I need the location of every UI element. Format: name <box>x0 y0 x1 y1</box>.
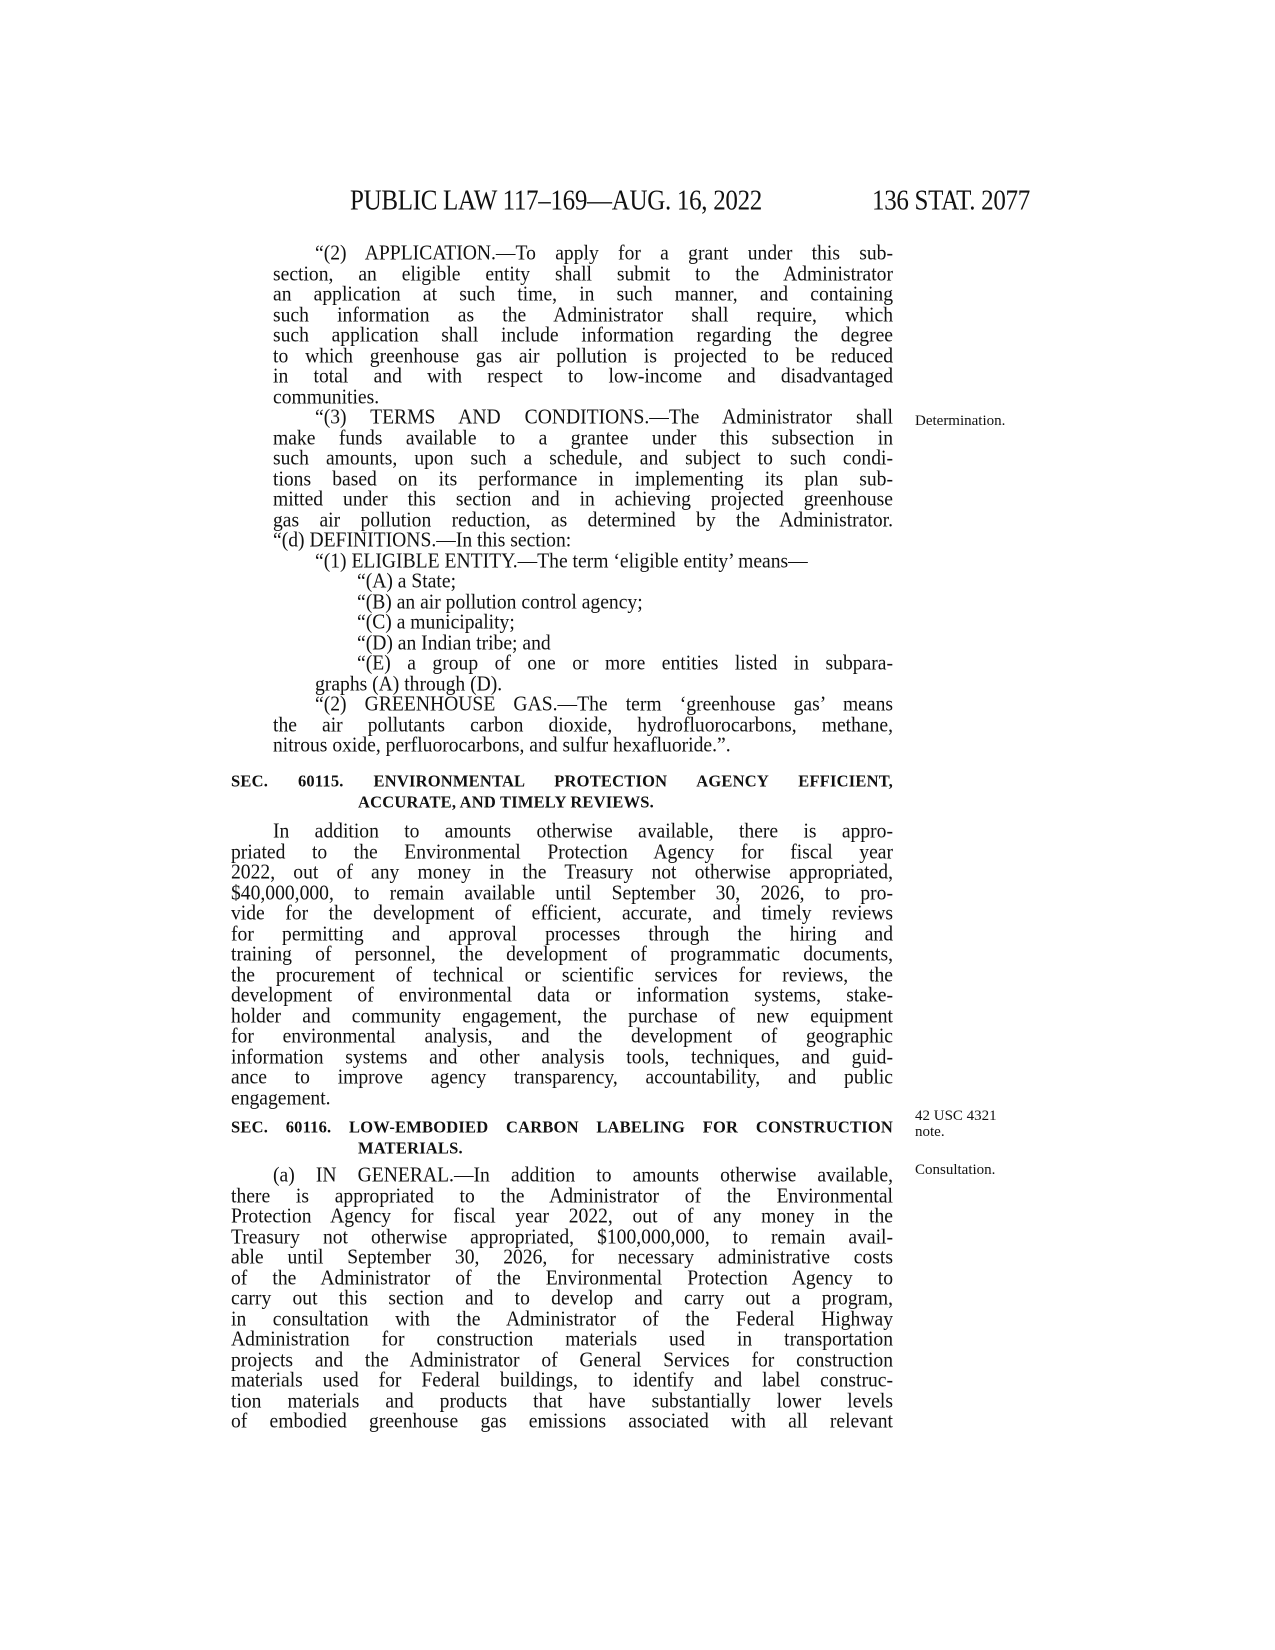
section-heading-60116: SEC. 60116. LOW-EMBODIED CARBON LABELING… <box>231 1115 893 1137</box>
text-line: there is appropriated to the Administrat… <box>231 1185 893 1207</box>
text-line: for environmental analysis, and the deve… <box>231 1025 893 1047</box>
text-line: tions based on its performance in implem… <box>273 468 893 490</box>
text-line: ance to improve agency transparency, acc… <box>231 1066 893 1088</box>
text-line: materials used for Federal buildings, to… <box>231 1369 893 1391</box>
text-line: the air pollutants carbon dioxide, hydro… <box>273 714 893 736</box>
text-line: mitted under this section and in achievi… <box>273 488 893 510</box>
margin-note-usc-citation: 42 USC 4321 <box>915 1108 997 1124</box>
text-line: development of environmental data or inf… <box>231 984 893 1006</box>
text-line: make funds available to a grantee under … <box>273 427 893 449</box>
text-line: Administration for construction material… <box>231 1328 893 1350</box>
text-line: in consultation with the Administrator o… <box>231 1308 893 1330</box>
text-line: carry out this section and to develop an… <box>231 1287 893 1309</box>
text-line: such information as the Administrator sh… <box>273 304 893 326</box>
text-line: “(2) GREENHOUSE GAS.—The term ‘greenhous… <box>315 693 893 715</box>
text-line: engagement. <box>231 1087 893 1109</box>
section-heading-60115-cont: ACCURATE, AND TIMELY REVIEWS. <box>358 790 893 812</box>
text-line: projects and the Administrator of Genera… <box>231 1349 893 1371</box>
text-line: training of personnel, the development o… <box>231 943 893 965</box>
text-line: “(C) a municipality; <box>357 611 893 633</box>
text-line: nitrous oxide, perfluorocarbons, and sul… <box>273 734 893 756</box>
text-line: “(D) an Indian tribe; and <box>357 632 893 654</box>
text-line: “(2) APPLICATION.—To apply for a grant u… <box>315 242 893 264</box>
text-line: $40,000,000, to remain available until S… <box>231 882 893 904</box>
margin-note-usc-note: note. <box>915 1124 945 1140</box>
text-line: an application at such time, in such man… <box>273 283 893 305</box>
text-line: graphs (A) through (D). <box>315 673 893 695</box>
text-line: of the Administrator of the Environmenta… <box>231 1267 893 1289</box>
text-line: (a) IN GENERAL.—In addition to amounts o… <box>273 1164 893 1186</box>
text-line: 2022, out of any money in the Treasury n… <box>231 861 893 883</box>
section-heading-60115: SEC. 60115. ENVIRONMENTAL PROTECTION AGE… <box>231 769 893 791</box>
text-line: information systems and other analysis t… <box>231 1046 893 1068</box>
text-line: such amounts, upon such a schedule, and … <box>273 447 893 469</box>
text-line: “(3) TERMS AND CONDITIONS.—The Administr… <box>315 406 893 428</box>
margin-note-consultation: Consultation. <box>915 1162 995 1178</box>
text-line: “(A) a State; <box>357 570 893 592</box>
text-line: “(E) a group of one or more entities lis… <box>357 652 893 674</box>
text-line: holder and community engagement, the pur… <box>231 1005 893 1027</box>
text-line: able until September 30, 2026, for neces… <box>231 1246 893 1268</box>
text-line: “(B) an air pollution control agency; <box>357 591 893 613</box>
text-line: to which greenhouse gas air pollution is… <box>273 345 893 367</box>
text-line: the procurement of technical or scientif… <box>231 964 893 986</box>
text-line: priated to the Environmental Protection … <box>231 841 893 863</box>
text-line: vide for the development of efficient, a… <box>231 902 893 924</box>
text-line: In addition to amounts otherwise availab… <box>273 820 893 842</box>
text-line: Protection Agency for fiscal year 2022, … <box>231 1205 893 1227</box>
running-header-page: 136 STAT. 2077 <box>872 186 1030 217</box>
text-line: gas air pollution reduction, as determin… <box>273 509 893 531</box>
text-line: in total and with respect to low-income … <box>273 365 893 387</box>
text-line: “(1) ELIGIBLE ENTITY.—The term ‘eligible… <box>315 550 893 572</box>
text-line: communities. <box>273 386 893 408</box>
text-line: for permitting and approval processes th… <box>231 923 893 945</box>
text-line: of embodied greenhouse gas emissions ass… <box>231 1410 893 1432</box>
running-header-title: PUBLIC LAW 117–169—AUG. 16, 2022 <box>350 186 762 217</box>
text-line: section, an eligible entity shall submit… <box>273 263 893 285</box>
text-line: “(d) DEFINITIONS.—In this section: <box>273 529 893 551</box>
text-line: Treasury not otherwise appropriated, $10… <box>231 1226 893 1248</box>
margin-note-determination: Determination. <box>915 413 1005 429</box>
text-line: such application shall include informati… <box>273 324 893 346</box>
text-line: tion materials and products that have su… <box>231 1390 893 1412</box>
section-heading-60116-cont: MATERIALS. <box>358 1136 893 1158</box>
